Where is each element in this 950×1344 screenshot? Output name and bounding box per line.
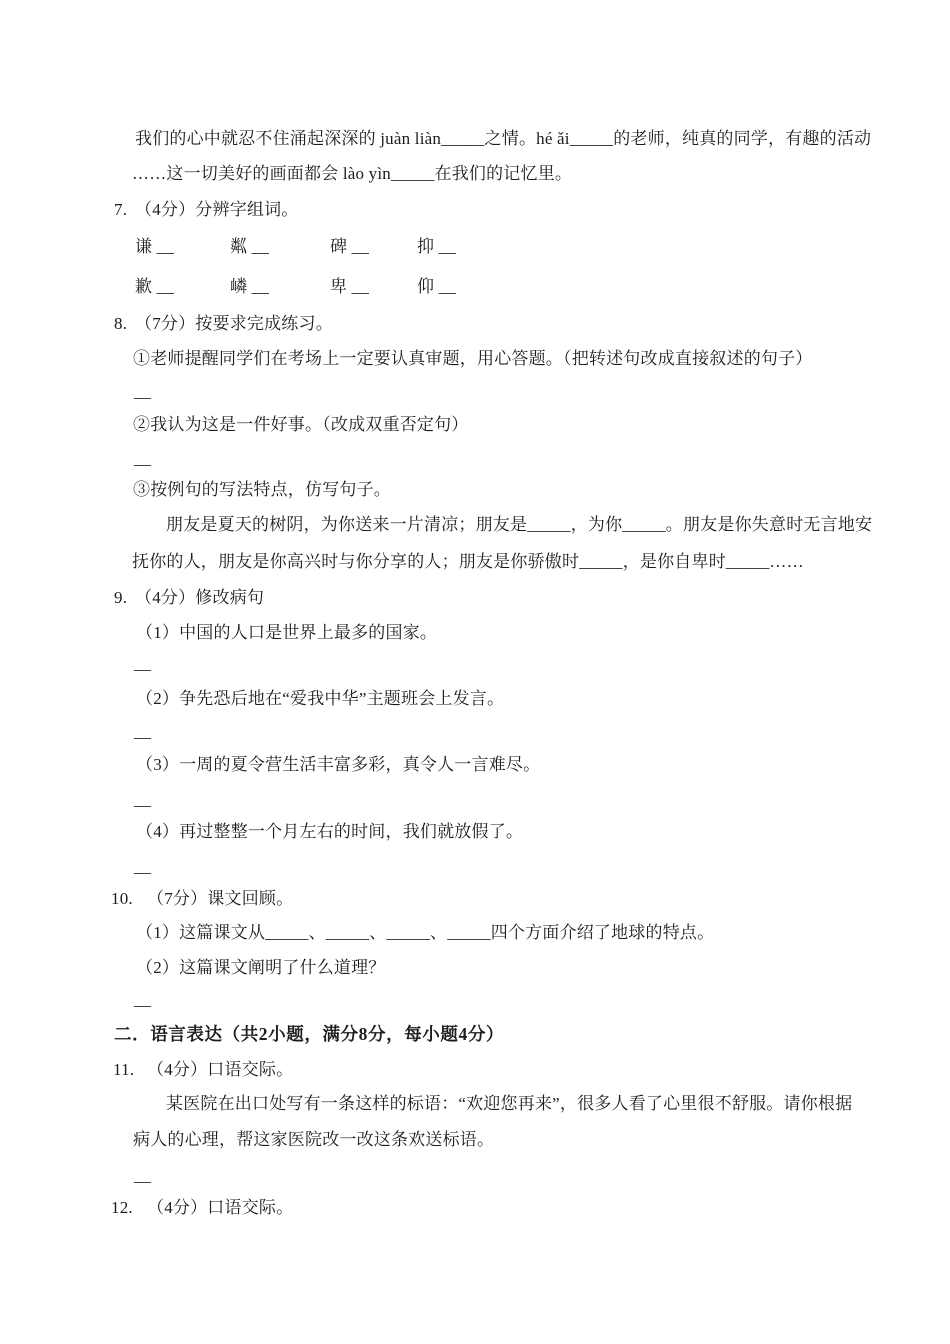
intro-line-2: ……这一切美好的画面都会 lào yìn_____在我们的记忆里。 bbox=[132, 163, 572, 184]
answer-blank-line: __ bbox=[134, 989, 151, 1010]
q10-heading: 10. （7分）课文回顾。 bbox=[0, 888, 950, 910]
q7-cell-yang: 仰 __ bbox=[417, 276, 456, 297]
q9-title: （4分）修改病句 bbox=[135, 587, 264, 608]
q12-heading: 12. （4分）口语交际。 bbox=[0, 1197, 950, 1219]
q10-item-1: （1）这篇课文从_____、_____、_____、_____四个方面介绍了地球… bbox=[136, 922, 714, 943]
q9-item-2: （2）争先恐后地在“爱我中华”主题班会上发言。 bbox=[136, 688, 504, 709]
q8-heading: 8. （7分）按要求完成练习。 bbox=[0, 313, 950, 335]
q7-char-row-2: 歉 __ 嶙 __ 卑 __ 仰 __ bbox=[0, 276, 950, 298]
q11-body-line-1: 某医院在出口处写有一条这样的标语：“欢迎您再来”，很多人看了心里很不舒服。请你根… bbox=[166, 1093, 852, 1114]
q8-title: （7分）按要求完成练习。 bbox=[135, 313, 333, 334]
q12-title: （4分）口语交际。 bbox=[147, 1197, 293, 1218]
q12-number: 12. bbox=[111, 1197, 133, 1218]
answer-blank-line: __ bbox=[134, 653, 151, 674]
q7-cell-lin2: 嶙 __ bbox=[230, 276, 269, 297]
q7-cell-bei2: 卑 __ bbox=[330, 276, 369, 297]
q9-heading: 9. （4分）修改病句 bbox=[0, 587, 950, 609]
q10-title: （7分）课文回顾。 bbox=[147, 888, 293, 909]
answer-blank-line: __ bbox=[134, 448, 151, 469]
section-2-heading: 二．语言表达（共2小题，满分8分，每小题4分） bbox=[114, 1024, 504, 1045]
q7-cell-lin1: 粼 __ bbox=[230, 236, 269, 257]
q11-title: （4分）口语交际。 bbox=[147, 1059, 293, 1080]
q7-cell-yi: 抑 __ bbox=[417, 236, 456, 257]
answer-blank-line: __ bbox=[134, 856, 151, 877]
q8-item-3: ③按例句的写法特点，仿写句子。 bbox=[133, 479, 391, 500]
q11-body-line-2: 病人的心理，帮这家医院改一改这条欢送标语。 bbox=[133, 1129, 494, 1150]
q11-heading: 11. （4分）口语交际。 bbox=[0, 1059, 950, 1081]
q8-number: 8. bbox=[114, 313, 127, 334]
q7-number: 7. bbox=[114, 199, 127, 220]
q9-item-3: （3）一周的夏令营生活丰富多彩，真令人一言难尽。 bbox=[136, 754, 540, 775]
q7-cell-bei1: 碑 __ bbox=[330, 236, 369, 257]
q11-number: 11. bbox=[113, 1059, 134, 1080]
exam-paper-page: 我们的心中就忍不住涌起深深的 juàn liàn_____之情。hé ǎi___… bbox=[0, 0, 950, 1344]
answer-blank-line: __ bbox=[134, 789, 151, 810]
q9-item-4: （4）再过整整一个月左右的时间，我们就放假了。 bbox=[136, 821, 523, 842]
q9-number: 9. bbox=[114, 587, 127, 608]
q10-item-2: （2）这篇课文阐明了什么道理？ bbox=[136, 957, 386, 978]
answer-blank-line: __ bbox=[134, 1165, 151, 1186]
q7-cell-qian: 谦 __ bbox=[135, 236, 174, 257]
q8-item-2: ②我认为这是一件好事。（改成双重否定句） bbox=[133, 414, 469, 435]
q7-cell-qian2: 歉 __ bbox=[135, 276, 174, 297]
q8-example-line-1: 朋友是夏天的树阴，为你送来一片清凉；朋友是_____，为你_____。朋友是你失… bbox=[166, 514, 872, 535]
q9-item-1: （1）中国的人口是世界上最多的国家。 bbox=[136, 622, 437, 643]
answer-blank-line: __ bbox=[134, 721, 151, 742]
q10-number: 10. bbox=[111, 888, 133, 909]
intro-line-1: 我们的心中就忍不住涌起深深的 juàn liàn_____之情。hé ǎi___… bbox=[135, 128, 871, 149]
q7-char-row-1: 谦 __ 粼 __ 碑 __ 抑 __ bbox=[0, 236, 950, 258]
answer-blank-line: __ bbox=[134, 381, 151, 402]
q7-title: （4分）分辨字组词。 bbox=[135, 199, 299, 220]
q7-heading: 7. （4分）分辨字组词。 bbox=[0, 199, 950, 221]
q8-item-1: ①老师提醒同学们在考场上一定要认真审题，用心答题。（把转述句改成直接叙述的句子） bbox=[133, 348, 813, 369]
q8-example-line-2: 抚你的人，朋友是你高兴时与你分享的人；朋友是你骄傲时_____，是你自卑时___… bbox=[132, 551, 804, 572]
